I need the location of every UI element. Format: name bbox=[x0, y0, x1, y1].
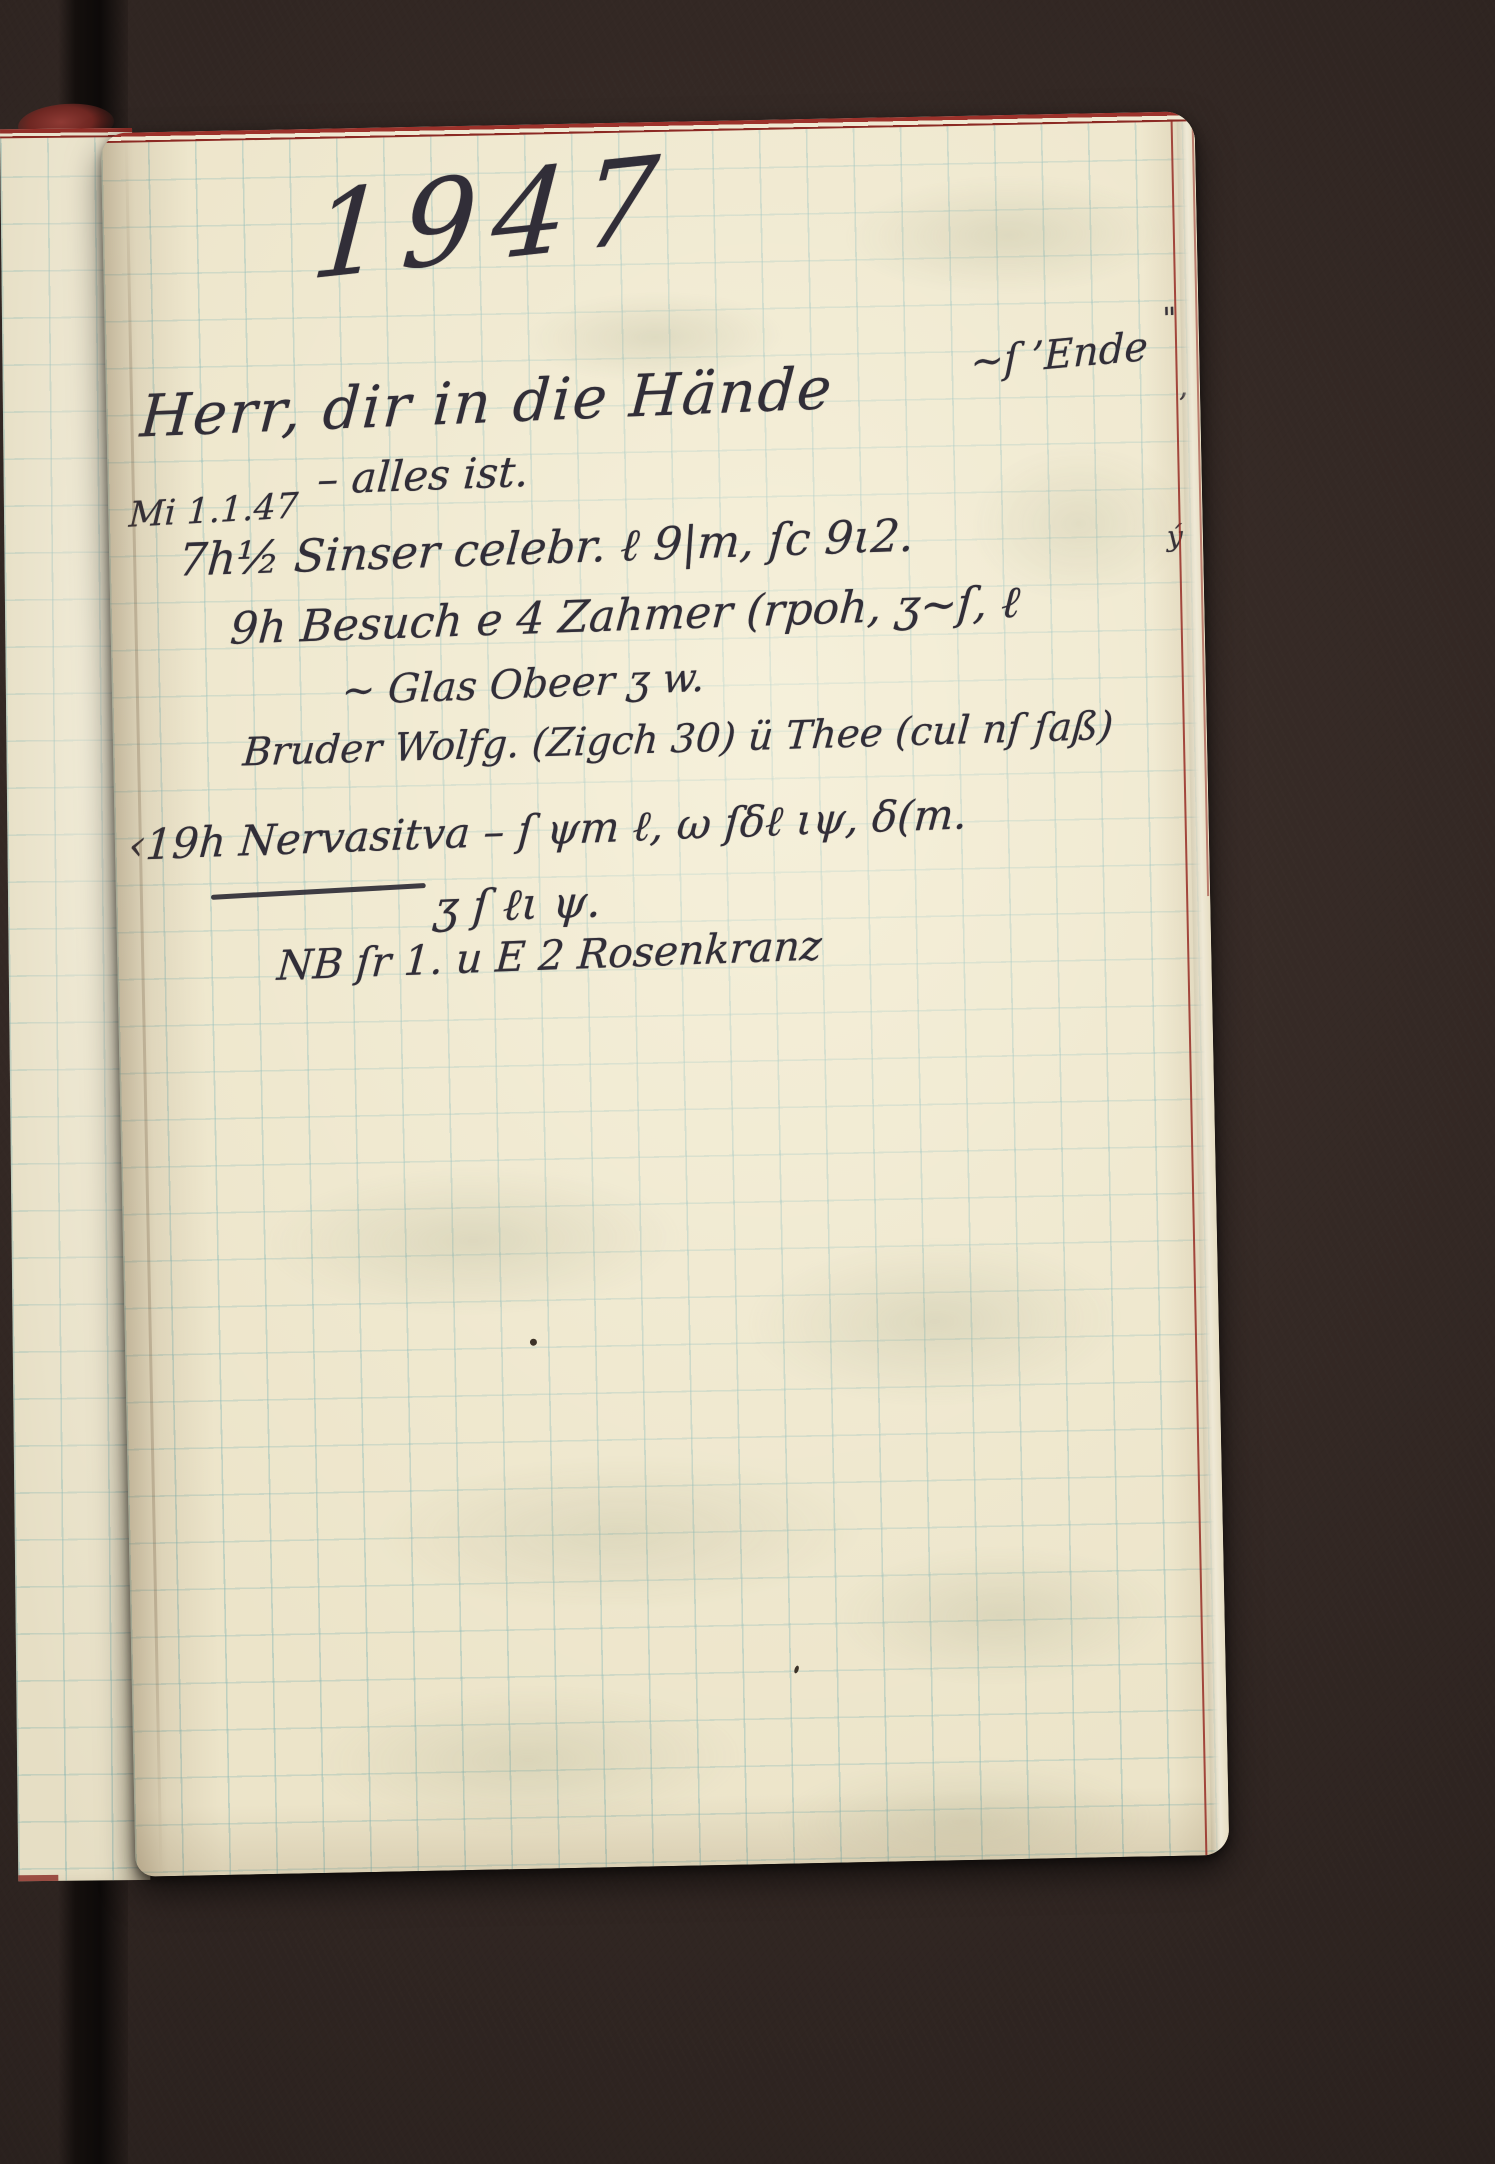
left-page-red-edge-bottom bbox=[18, 1875, 58, 1881]
handwriting-line-motto-shorthand: ~ſ ’Ende bbox=[970, 324, 1148, 386]
handwriting-line-date: Mi 1.1.47 bbox=[128, 486, 299, 535]
handwriting-line-shorthand: ʒ ſ ℓι ψ. bbox=[432, 876, 602, 933]
bleed-through-mark bbox=[261, 1162, 684, 1320]
handwriting-line-motto: Herr, dir in die Hände bbox=[138, 354, 835, 451]
bleed-through-mark bbox=[743, 1233, 1126, 1411]
handwriting-line-nervasitva: ‹19h Nervasitva – ſ ψm ℓ, ω ſδℓ ιψ, δ(m. bbox=[127, 789, 969, 871]
handwriting-line-bruder-wolfg: Bruder Wolfg. (Zigch 30) ü Thee (cul nſ … bbox=[241, 704, 1115, 776]
handwriting-line-rosenkranz: NB ſr 1. u E 2 Rosenkranz bbox=[276, 921, 824, 990]
bleed-through-mark bbox=[367, 1448, 870, 1618]
bleed-through-mark bbox=[842, 172, 1174, 299]
nervasitva-underline bbox=[211, 883, 426, 900]
handwriting-line-glas: ~ Glas Obeer ʒ w. bbox=[340, 655, 706, 715]
bleed-through-mark bbox=[829, 1542, 1172, 1689]
ink-speck bbox=[793, 1665, 799, 1674]
diary-page: 1947 Herr, dir in die Hände ~ſ ’Ende – a… bbox=[101, 111, 1230, 1877]
year-heading: 1947 bbox=[307, 128, 679, 307]
ink-speck bbox=[530, 1339, 537, 1346]
handwriting-line-besuch: 9h Besuch e 4 Zahmer (rpoh, ʒ~ſ, ℓ bbox=[228, 577, 1021, 655]
handwriting-line-alles-ist: – alles ist. bbox=[316, 447, 530, 504]
bleed-through-mark bbox=[312, 1681, 745, 1840]
